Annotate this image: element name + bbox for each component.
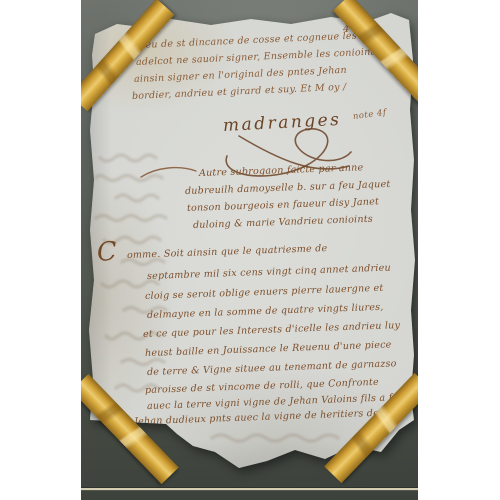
screenshot-canvas: lieu de st dincance de cosse et cogneue … xyxy=(0,0,500,500)
framed-manuscript-photo: lieu de st dincance de cosse et cogneue … xyxy=(81,0,418,500)
illuminated-initial-C: C xyxy=(96,237,118,268)
paragraph-swash xyxy=(139,163,199,181)
